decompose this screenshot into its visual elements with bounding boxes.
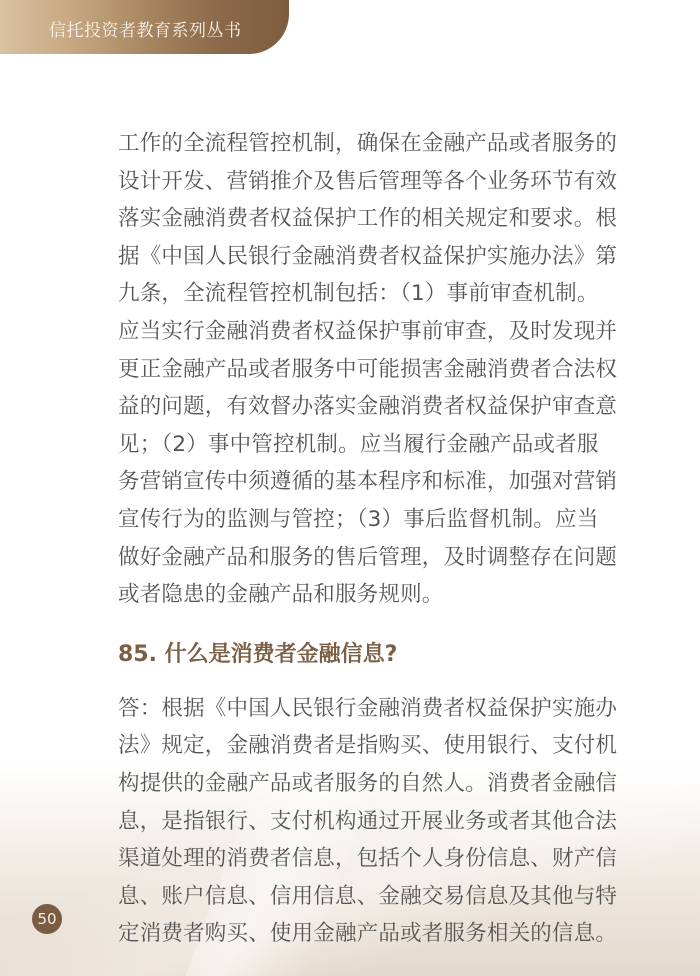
text-line: 工作的全流程管控机制，确保在金融产品或者服务的 [118,125,588,163]
text-line: 益的问题，有效督办落实金融消费者权益保护审查意 [118,388,588,426]
text-line: 渠道处理的消费者信息，包括个人身份信息、财产信 [118,840,588,878]
text-line: 据《中国人民银行金融消费者权益保护实施办法》第 [118,238,588,276]
text-line: 做好金融产品和服务的售后管理，及时调整存在问题 [118,539,588,577]
page-number-badge: 50 [32,904,62,934]
text-line: 更正金融产品或者服务中可能损害金融消费者合法权 [118,351,588,389]
text-line: 息、账户信息、信用信息、金融交易信息及其他与特 [118,878,588,916]
text-line: 设计开发、营销推介及售后管理等各个业务环节有效 [118,163,588,201]
text-line: 应当实行金融消费者权益保护事前审查，及时发现并 [118,313,588,351]
series-title: 信托投资者教育系列丛书 [49,16,242,41]
text-line: 构提供的金融产品或者服务的自然人。消费者金融信 [118,765,588,803]
text-line: 九条，全流程管控机制包括：（1）事前审查机制。 [118,275,588,313]
question-number: 85. [118,642,157,667]
header-banner: 信托投资者教育系列丛书 [0,0,289,54]
answer-paragraph: 答：根据《中国人民银行金融消费者权益保护实施办 法》规定，金融消费者是指购买、使… [118,690,588,953]
text-line: 法》规定，金融消费者是指购买、使用银行、支付机 [118,727,588,765]
text-line: 见；（2）事中管控机制。应当履行金融产品或者服 [118,426,588,464]
text-line: 或者隐患的金融产品和服务规则。 [118,576,588,614]
page-content: 工作的全流程管控机制，确保在金融产品或者服务的 设计开发、营销推介及售后管理等各… [118,125,588,953]
text-line: 答：根据《中国人民银行金融消费者权益保护实施办 [118,690,588,728]
text-line: 宣传行为的监测与管控；（3）事后监督机制。应当 [118,501,588,539]
text-line: 务营销宣传中须遵循的基本程序和标准，加强对营销 [118,463,588,501]
text-line: 息，是指银行、支付机构通过开展业务或者其他合法 [118,803,588,841]
text-line: 落实金融消费者权益保护工作的相关规定和要求。根 [118,200,588,238]
continuation-paragraph: 工作的全流程管控机制，确保在金融产品或者服务的 设计开发、营销推介及售后管理等各… [118,125,588,614]
question-title: 什么是消费者金融信息? [165,642,398,667]
text-line: 定消费者购买、使用金融产品或者服务相关的信息。 [118,915,588,953]
question-heading: 85. 什么是消费者金融信息? [118,640,588,670]
